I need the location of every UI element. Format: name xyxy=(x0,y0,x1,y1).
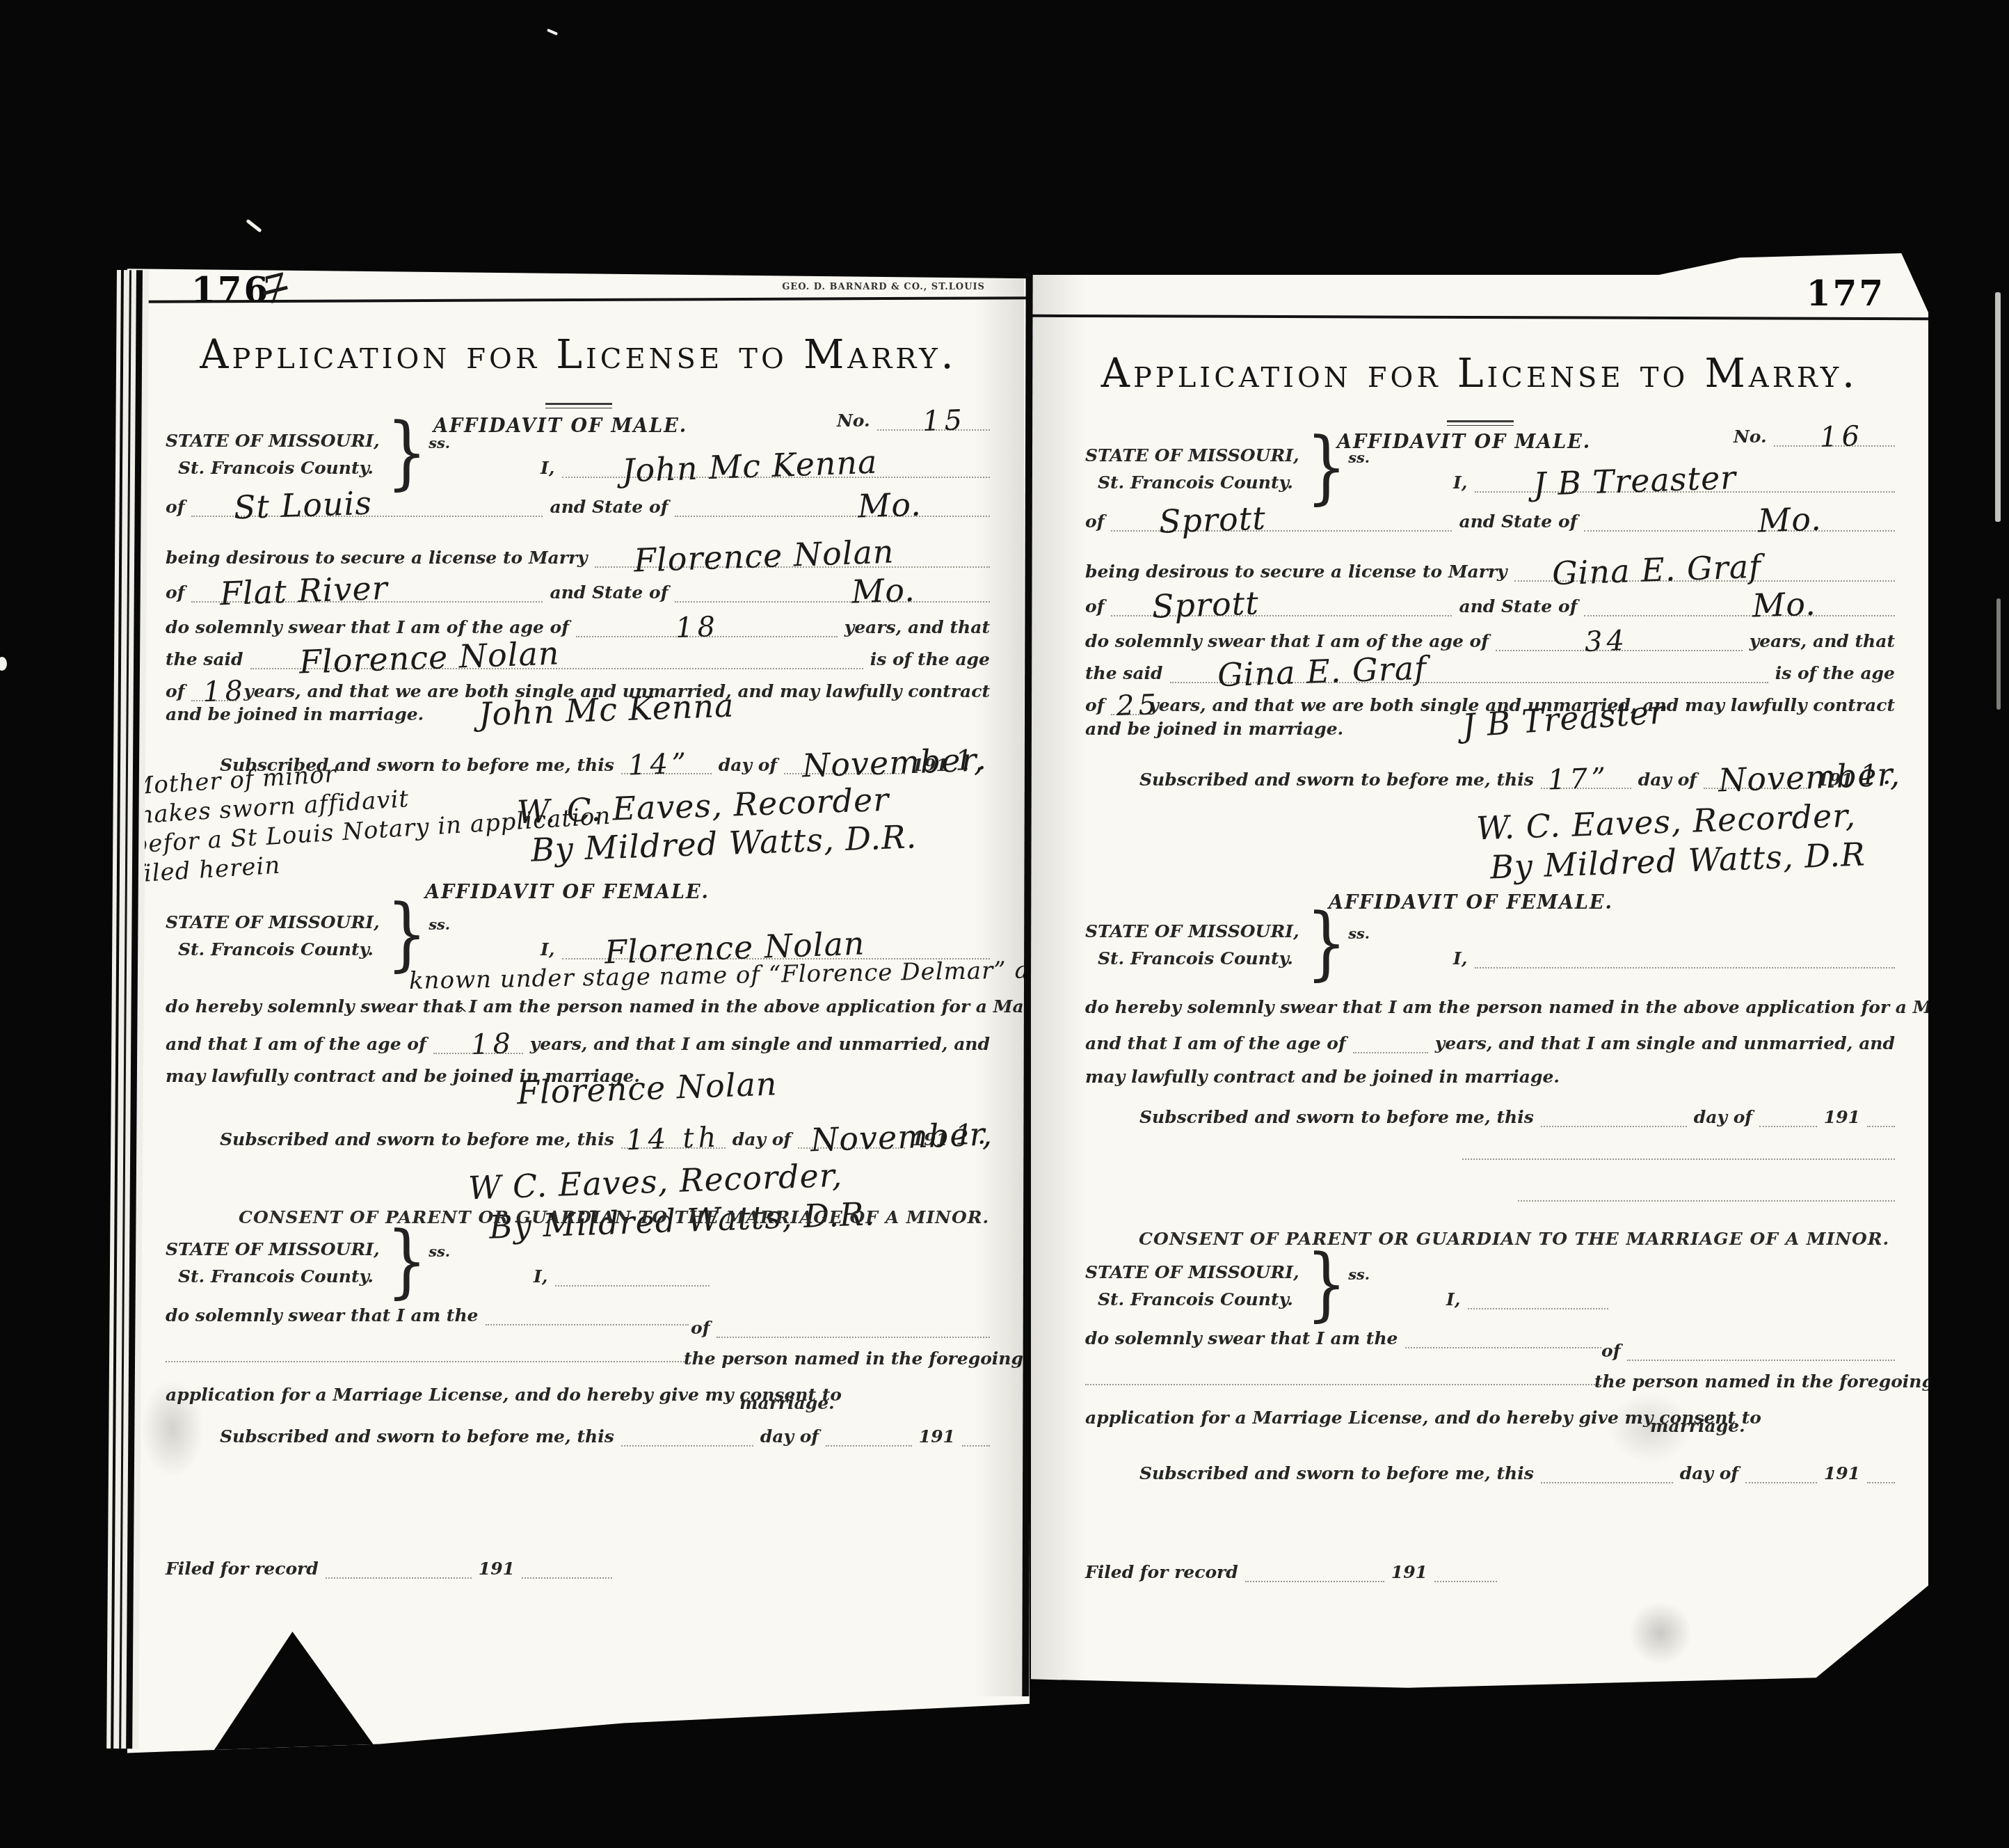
hw-bride-city: Flat River xyxy=(219,571,388,609)
year-printed: 191 xyxy=(1824,1464,1860,1483)
page-number: 177 xyxy=(1807,273,1885,314)
hw-bride-age: 25 xyxy=(1116,690,1161,719)
consent-application-row: application for a Marriage License, and … xyxy=(1085,1408,1601,1428)
marry-label: being desirous to secure a license to Ma… xyxy=(1085,562,1507,582)
brace: }ss. xyxy=(1306,1258,1370,1309)
sworn-label: Subscribed and sworn to before me, this xyxy=(1139,770,1534,790)
i-label: I, xyxy=(1446,1290,1460,1309)
film-scratch xyxy=(246,219,262,233)
state-label: STATE OF MISSOURI, xyxy=(166,1240,380,1259)
consent-marriage-label: marriage. xyxy=(1650,1417,1745,1436)
hw-groom-state: Mo. xyxy=(857,488,922,522)
hw-groom-state: Mo. xyxy=(1758,502,1823,536)
county-label: St. Francois County. xyxy=(1098,1290,1299,1309)
hw-groom-age: 18 xyxy=(675,612,719,642)
of-label: of xyxy=(1085,512,1104,532)
is-of-the-age-label: is of the age xyxy=(870,650,990,669)
day-blank xyxy=(1541,1480,1673,1483)
i-label: I, xyxy=(1453,473,1467,493)
consent-state-row: STATE OF MISSOURI, St. Francois County. … xyxy=(166,1235,710,1287)
filed-date-blank xyxy=(326,1575,472,1579)
filed-label: Filed for record xyxy=(166,1559,319,1579)
hw-stage-name-insertion: known under stage name of “Florence Delm… xyxy=(409,958,1043,993)
bride-name-blank: Florence Nolan xyxy=(595,564,990,568)
state-label: STATE OF MISSOURI, xyxy=(1085,1263,1299,1282)
month-blank xyxy=(826,1443,912,1447)
filed-year: 191 xyxy=(1391,1563,1427,1582)
i-label: I, xyxy=(541,940,554,959)
female-affidavit-heading: AFFIDAVIT OF FEMALE. xyxy=(425,882,710,903)
is-of-the-age-label: is of the age xyxy=(1775,664,1895,683)
female-contract-label: may lawfully contract and be joined in m… xyxy=(1085,1067,1560,1087)
bride-age-blank: 18 xyxy=(191,698,237,701)
page-title: Application for License to Marry. xyxy=(1031,351,1928,397)
female-years-single-label: years, and that I am single and unmarrie… xyxy=(1435,1034,1895,1053)
female-age-row: and that I am of the age of 18 years, an… xyxy=(166,1035,990,1054)
title-divider xyxy=(545,403,612,408)
hw-said-name: Florence Nolan xyxy=(298,637,560,678)
groom-city-blank: Sprott xyxy=(1111,528,1452,532)
male-sworn-row: Subscribed and sworn to before me, this … xyxy=(1085,761,1895,789)
said-row: the said Florence Nolan is of the age xyxy=(166,650,990,669)
sworn-month-blank xyxy=(1759,1124,1817,1127)
marry-label: being desirous to secure a license to Ma… xyxy=(166,548,588,568)
brace: }ss. xyxy=(387,1235,451,1287)
day-of-label: day of xyxy=(1638,770,1697,790)
brace-glyph: } xyxy=(1306,435,1347,499)
day-blank xyxy=(621,1443,753,1447)
i-label: I, xyxy=(541,459,554,478)
consent-heading: CONSENT OF PARENT OR GUARDIAN TO THE MAR… xyxy=(239,1207,989,1227)
film-scratch xyxy=(547,29,558,35)
of-label-3: of xyxy=(1085,696,1104,715)
hw-female-age: 18 xyxy=(470,1029,515,1058)
said-name-blank: Florence Nolan xyxy=(250,666,863,669)
female-age-label: and that I am of the age of xyxy=(166,1035,426,1054)
venue-block: STATE OF MISSOURI, St. Francois County. xyxy=(1085,922,1299,969)
relationship-blank xyxy=(1405,1345,1602,1348)
the-said-label: the said xyxy=(1085,664,1163,683)
right-page: 177 Application for License to Marry. AF… xyxy=(1031,252,1928,1692)
bride-residence-row: of Sprott and State of Mo. xyxy=(1085,597,1895,616)
of-label-2: of xyxy=(166,583,184,603)
consent-swear-label: do solemnly swear that I am the xyxy=(166,1306,479,1325)
said-row: the said Gina E. Graf is of the age xyxy=(1085,664,1895,683)
county-label: St. Francois County. xyxy=(178,1267,380,1287)
day-of-label: day of xyxy=(719,756,777,775)
top-rule xyxy=(1031,314,1928,321)
brace-glyph: } xyxy=(1306,1252,1347,1316)
and-state-of-label: and State of xyxy=(1459,512,1577,532)
film-edge-sliver xyxy=(1995,292,2001,522)
sworn-month-blank: November, xyxy=(798,1145,905,1149)
consent-person-label: the person named in the foregoing xyxy=(1594,1372,1934,1392)
consent-continuation-blank xyxy=(166,1359,687,1362)
state-label: STATE OF MISSOURI, xyxy=(166,913,380,932)
hw-deputy-line: By Mildred Watts, D.R xyxy=(1489,838,1866,884)
printer-imprint: GEO. D. BARNARD & CO., ST.LOUIS xyxy=(782,282,985,292)
month-blank xyxy=(1745,1480,1817,1483)
hw-bride-age: 18 xyxy=(202,676,247,706)
groom-age-blank: 18 xyxy=(576,634,838,637)
of-label-2: of xyxy=(1085,597,1104,616)
sworn-day-blank xyxy=(1541,1124,1687,1127)
hw-bride-state: Mo. xyxy=(1752,587,1816,621)
sworn-month-blank: November, xyxy=(784,771,905,774)
sworn-label: Subscribed and sworn to before me, this xyxy=(220,1427,614,1447)
filed-label: Filed for record xyxy=(1085,1563,1238,1582)
sworn-day-blank: 17” xyxy=(1541,786,1631,789)
title-divider xyxy=(1447,420,1514,426)
consent-heading: CONSENT OF PARENT OR GUARDIAN TO THE MAR… xyxy=(1139,1229,1889,1249)
brace-glyph: } xyxy=(387,420,428,484)
brace-glyph: } xyxy=(387,1229,428,1293)
male-state-row: STATE OF MISSOURI, St. Francois County. … xyxy=(166,427,990,478)
year-printed: 191 xyxy=(919,1427,955,1447)
bride-state-blank: Mo. xyxy=(675,599,990,603)
gutter-shade-left xyxy=(974,271,1024,1696)
age-label: do solemnly swear that I am of the age o… xyxy=(1085,632,1489,651)
day-of-label: day of xyxy=(1694,1108,1752,1127)
left-page: 1767 GEO. D. BARNARD & CO., ST.LOUIS App… xyxy=(127,266,1030,1759)
county-label: St. Francois County. xyxy=(1098,949,1299,969)
consent-sworn-row: Subscribed and sworn to before me, this … xyxy=(166,1427,990,1447)
brace-glyph: } xyxy=(387,902,428,966)
groom-age-blank: 34 xyxy=(1496,648,1743,651)
filed-year: 191 xyxy=(479,1559,515,1579)
consent-name-blank xyxy=(555,1283,710,1287)
ss-label: ss. xyxy=(1348,449,1370,466)
hw-bride-name: Florence Nolan xyxy=(634,535,895,576)
ss-label: ss. xyxy=(429,434,450,452)
hw-sworn-day: 14” xyxy=(627,749,691,779)
hw-groom-signature: John Mc Kenna xyxy=(478,690,735,731)
consent-of-label: of xyxy=(1601,1341,1620,1361)
groom-name-blank: John Mc Kenna xyxy=(562,475,990,478)
consent-of-label: of xyxy=(691,1319,710,1338)
years-and-that-label: years, and that xyxy=(1750,632,1895,651)
venue-block: STATE OF MISSOURI, St. Francois County. xyxy=(1085,1263,1299,1309)
groom-state-blank: Mo. xyxy=(1584,528,1895,532)
years-and-that-label: years, and that xyxy=(845,618,990,637)
county-label: St. Francois County. xyxy=(178,940,380,959)
year-printed: 191 xyxy=(1824,1108,1860,1127)
hw-female-signature: Florence Nolan xyxy=(516,1067,778,1108)
hw-groom-name: John Mc Kenna xyxy=(621,445,878,486)
sworn-month-blank: November, xyxy=(1704,786,1810,789)
filed-row: Filed for record 191 xyxy=(166,1559,612,1579)
female-person-label: do hereby solemnly swear that I am the p… xyxy=(1085,998,2009,1017)
venue-block: STATE OF MISSOURI, St. Francois County. xyxy=(1085,446,1299,493)
female-sworn-row: Subscribed and sworn to before me, this … xyxy=(166,1121,990,1149)
and-state-of-label-2: and State of xyxy=(1459,597,1577,616)
county-label: St. Francois County. xyxy=(1098,473,1299,493)
of-label-3: of xyxy=(166,682,184,701)
filed-year-blank xyxy=(1434,1579,1497,1582)
female-age-row: and that I am of the age of years, and t… xyxy=(1085,1034,1895,1053)
relationship-blank xyxy=(486,1322,689,1325)
male-marry-row: being desirous to secure a license to Ma… xyxy=(166,548,990,568)
hw-groom-city: Sprott xyxy=(1158,502,1266,537)
minor-name-blank xyxy=(1627,1357,1895,1361)
film-scan: { "film": {"background": "#070707", "pap… xyxy=(0,0,2009,1848)
signature-blank-2 xyxy=(1518,1198,1895,1202)
scan-smudge xyxy=(1629,1602,1692,1664)
female-sworn-row: Subscribed and sworn to before me, this … xyxy=(1085,1108,1895,1127)
female-state-row: STATE OF MISSOURI, St. Francois County. … xyxy=(166,908,990,959)
day-of-label: day of xyxy=(733,1130,791,1149)
venue-block: STATE OF MISSOURI, St. Francois County. xyxy=(166,431,380,478)
the-said-label: the said xyxy=(166,650,243,669)
consent-of-row: of xyxy=(691,1319,990,1338)
hw-bride-city: Sprott xyxy=(1151,587,1259,622)
consent-sworn-row: Subscribed and sworn to before me, this … xyxy=(1085,1464,1895,1483)
film-edge-sliver xyxy=(1996,598,2001,710)
female-name-blank xyxy=(1475,965,1895,969)
male-marry-row: being desirous to secure a license to Ma… xyxy=(1085,562,1895,582)
consent-state-row: STATE OF MISSOURI, St. Francois County. … xyxy=(1085,1258,1608,1309)
county-label: St. Francois County. xyxy=(178,459,380,478)
sworn-label: Subscribed and sworn to before me, this xyxy=(1139,1464,1534,1483)
consent-of-row: of xyxy=(1601,1341,1895,1361)
male-residence-row: of Sprott and State of Mo. xyxy=(1085,512,1895,532)
hw-groom-city: St Louis xyxy=(233,486,372,523)
signature-blank xyxy=(1462,1156,1895,1160)
male-residence-row: of St Louis and State of Mo. xyxy=(166,497,990,517)
year-blank xyxy=(1867,1480,1895,1483)
female-age-label: and that I am of the age of xyxy=(1085,1034,1346,1053)
torn-notch xyxy=(207,1632,385,1760)
sworn-label: Subscribed and sworn to before me, this xyxy=(1139,1108,1534,1127)
female-age-blank xyxy=(1353,1050,1428,1053)
bride-state-blank: Mo. xyxy=(1584,613,1895,616)
filed-date-blank xyxy=(1245,1579,1384,1582)
venue-block: STATE OF MISSOURI, St. Francois County. xyxy=(166,1240,380,1287)
hw-year-digit: 1. xyxy=(1859,760,1896,790)
female-affidavit-heading: AFFIDAVIT OF FEMALE. xyxy=(1329,892,1613,914)
ss-label: ss. xyxy=(1348,1266,1370,1283)
gutter-shade-right xyxy=(1031,271,1087,1691)
brace: }ss. xyxy=(387,427,451,478)
sworn-label: Subscribed and sworn to before me, this xyxy=(220,1130,614,1149)
female-state-row: STATE OF MISSOURI, St. Francois County. … xyxy=(1085,917,1895,969)
consent-name-blank xyxy=(1468,1306,1608,1309)
brace-glyph: } xyxy=(1306,911,1347,975)
bride-residence-row: of Flat River and State of Mo. xyxy=(166,583,990,603)
page-number-text: 176 xyxy=(191,269,270,310)
venue-block: STATE OF MISSOURI, St. Francois County. xyxy=(166,913,380,959)
sworn-day-blank: 14 th xyxy=(621,1145,726,1149)
hw-sworn-day: 17” xyxy=(1547,764,1610,794)
ss-label: ss. xyxy=(1348,925,1370,942)
consent-marriage-label: marriage. xyxy=(739,1394,835,1413)
groom-name-blank: J B Treaster xyxy=(1475,489,1895,493)
year-blank xyxy=(1867,1124,1895,1127)
i-label: I, xyxy=(534,1267,547,1287)
male-state-row: STATE OF MISSOURI, St. Francois County. … xyxy=(1085,441,1895,493)
film-speck xyxy=(0,657,7,671)
consent-swear-label: do solemnly swear that I am the xyxy=(1085,1329,1398,1348)
brace: }ss. xyxy=(1306,441,1370,493)
state-label: STATE OF MISSOURI, xyxy=(166,431,380,451)
and-state-of-label: and State of xyxy=(550,497,668,517)
state-label: STATE OF MISSOURI, xyxy=(1085,446,1299,465)
female-years-single-label: years, and that I am single and unmarrie… xyxy=(530,1035,990,1054)
ss-label: ss. xyxy=(429,1243,450,1260)
state-label: STATE OF MISSOURI, xyxy=(1085,922,1299,941)
groom-city-blank: St Louis xyxy=(191,513,543,517)
bride-city-blank: Sprott xyxy=(1111,613,1452,616)
consent-swear-row: do solemnly swear that I am the xyxy=(166,1306,689,1325)
page-title: Application for License to Marry. xyxy=(127,332,1030,378)
bride-name-blank: Gina E. Graf xyxy=(1514,578,1895,582)
consent-application-row: application for a Marriage License, and … xyxy=(166,1385,689,1405)
hw-sworn-day: 14 th xyxy=(626,1124,721,1155)
female-age-blank: 18 xyxy=(433,1051,523,1054)
filed-year-blank xyxy=(522,1575,612,1579)
age-label: do solemnly swear that I am of the age o… xyxy=(166,618,569,637)
hw-groom-age: 34 xyxy=(1584,626,1628,655)
said-name-blank: Gina E. Graf xyxy=(1170,680,1768,683)
joined-label: and be joined in marriage. xyxy=(1085,719,1343,739)
day-of-label: day of xyxy=(1680,1464,1738,1483)
and-state-of-label-2: and State of xyxy=(550,583,668,603)
hw-groom-name: J B Treaster xyxy=(1532,461,1737,500)
margin-note: Mother of minor makes sworn affidavit be… xyxy=(128,752,468,889)
hw-said-name: Gina E. Graf xyxy=(1217,651,1428,690)
hw-recorder-line: W C. Eaves, Recorder, xyxy=(467,1159,843,1204)
day-of-label: day of xyxy=(760,1427,819,1447)
sworn-day-blank: 14” xyxy=(621,771,712,774)
filed-row: Filed for record 191 xyxy=(1085,1563,1497,1582)
i-label: I, xyxy=(1453,949,1467,969)
minor-name-blank xyxy=(717,1335,990,1338)
groom-state-blank: Mo. xyxy=(675,513,990,517)
brace: }ss. xyxy=(387,908,451,959)
groom-age-row: do solemnly swear that I am of the age o… xyxy=(1085,632,1895,651)
consent-person-label: the person named in the foregoing xyxy=(684,1349,1023,1369)
brace: }ss. xyxy=(1306,917,1370,969)
consent-swear-row: do solemnly swear that I am the xyxy=(1085,1329,1601,1348)
bride-city-blank: Flat River xyxy=(191,599,543,603)
hw-bride-state: Mo. xyxy=(851,573,915,607)
groom-age-row: do solemnly swear that I am of the age o… xyxy=(166,618,990,637)
bride-age-blank: 25 xyxy=(1111,712,1142,715)
page-number: 1767 xyxy=(191,269,288,310)
hw-bride-name: Gina E. Graf xyxy=(1552,550,1763,589)
ss-label: ss. xyxy=(429,916,450,933)
consent-continuation-blank xyxy=(1085,1382,1600,1385)
of-label: of xyxy=(166,497,184,517)
joined-label: and be joined in marriage. xyxy=(166,705,424,724)
